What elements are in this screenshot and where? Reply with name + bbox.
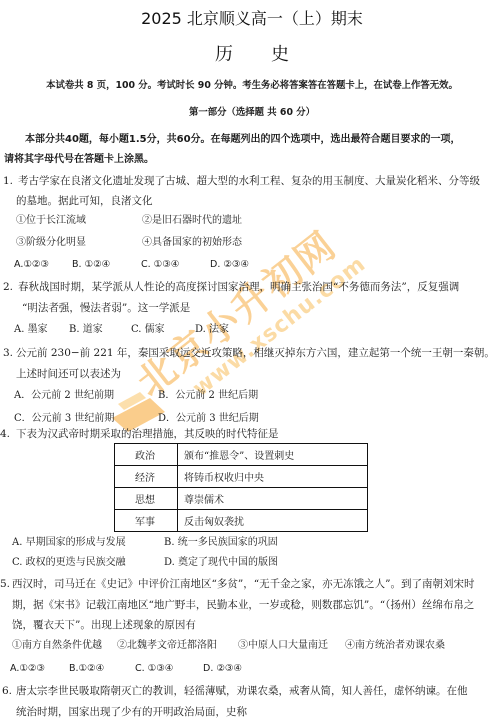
table-cell-measure: 将铸币权收归中央 <box>178 466 368 488</box>
table-row: 军事 反击匈奴袭扰 <box>115 510 368 532</box>
statement: ③中原人口大量南迁 <box>238 639 328 653</box>
question-number: 1. <box>3 174 13 188</box>
question-text: 考古学家在良渚文化遗址发现了古城、超大型的水利工程、复杂的用玉制度、大量炭化稻米… <box>18 174 480 188</box>
option-a[interactable]: A.①②③ <box>10 662 45 676</box>
statement: ④具备国家的初始形态 <box>142 236 242 250</box>
question-number: 5. <box>0 577 10 591</box>
question-text: 春秋战国时期，某学派从人性论的高度探讨国家治理，明确主张治国“不务德而务法”，反… <box>18 280 459 294</box>
option-d[interactable]: D. ②③④ <box>203 662 242 676</box>
option-c[interactable]: C. 政权的更迭与民族交融 <box>12 556 126 570</box>
section-title: 第一部分（选择题 共 60 分） <box>0 104 504 118</box>
table-cell-measure: 颁布“推恩令”、设置刺史 <box>178 444 368 466</box>
option-c[interactable]: C. ①③④ <box>135 662 173 676</box>
exam-title: 2025 北京顺义高一（上）期末 <box>0 6 504 29</box>
option-c[interactable]: C. 儒家 <box>131 323 165 337</box>
option-d[interactable]: D. 法家 <box>195 323 229 337</box>
exam-notice: 本试卷共 8 页，100 分。考试时长 90 分钟。考生务必将答案答在答题卡上，… <box>0 77 504 91</box>
statement: ②北魏孝文帝迁都洛阳 <box>117 639 217 653</box>
statement: ③阶级分化明显 <box>16 236 86 250</box>
question-number: 6. <box>2 684 12 698</box>
measures-table: 政治 颁布“推恩令”、设置刺史 经济 将铸币权收归中央 思想 尊崇儒术 军事 反… <box>114 443 368 532</box>
option-a[interactable]: A. 早期国家的形成与发展 <box>12 536 126 550</box>
table-cell-measure: 反击匈奴袭扰 <box>178 510 368 532</box>
option-d[interactable]: D. ②③④ <box>210 258 249 272</box>
table-cell-field: 思想 <box>115 488 178 510</box>
option-a[interactable]: A.①②③ <box>14 258 49 272</box>
section-instruction-2: 请将其字母代号在答题卡上涂黑。 <box>4 150 154 165</box>
option-c[interactable]: C．公元前 3 世纪前期 <box>14 412 114 426</box>
question-number: 3. <box>3 346 13 360</box>
option-b[interactable]: B.①②④ <box>69 662 104 676</box>
question-text: 期，据《宋书》记载江南地区“地广野丰，民勤本业，一岁或稔，则数郡忘饥”。“（扬州… <box>12 598 474 612</box>
table-cell-field: 经济 <box>115 466 178 488</box>
question-text: 西汉时，司马迁在《史记》中评价江南地区“多贫”，“无千金之家，亦无冻饿之人”。到… <box>12 577 474 591</box>
question-text: 的墓地。据此可知，良渚文化 <box>16 194 153 208</box>
statement: ②是旧石器时代的遗址 <box>142 214 242 228</box>
question-number: 4. <box>0 427 10 441</box>
question-text: 统治时期，国家出现了少有的开明政治局面，史称 <box>16 705 247 719</box>
option-d[interactable]: D．公元前 3 世纪后期 <box>158 412 259 426</box>
option-c[interactable]: C. ①③④ <box>141 258 179 272</box>
question-text: 下表为汉武帝时期采取的治理措施，其反映的时代特征是 <box>16 427 279 441</box>
table-row: 思想 尊崇儒术 <box>115 488 368 510</box>
question-number: 2. <box>3 280 13 294</box>
question-text: 公元前 230−前 221 年，秦国采取远交近攻策略，相继灭掉东方六国，建立起第… <box>16 346 495 360</box>
option-b[interactable]: B．公元前 2 世纪后期 <box>158 389 258 403</box>
question-text: 上述时间还可以表述为 <box>16 367 121 381</box>
option-a[interactable]: A. 墨家 <box>14 323 48 337</box>
option-b[interactable]: B. 统一多民族国家的巩固 <box>164 536 278 550</box>
statement: ①南方自然条件优越 <box>12 639 102 653</box>
section-instruction-1: 本部分共40题，每小题1.5分，共60分。在每题列出的四个选项中，选出最符合题目… <box>25 130 461 145</box>
question-text: 饶，覆衣天下”。出现上述现象的原因有 <box>12 618 196 632</box>
table-cell-measure: 尊崇儒术 <box>178 488 368 510</box>
question-text: 唐太宗李世民吸取隋朝灭亡的教训，轻徭薄赋，劝课农桑，戒奢从简，知人善任，虚怀纳谏… <box>16 684 468 698</box>
subject-right: 史 <box>271 40 289 66</box>
option-a[interactable]: A．公元前 2 世纪前期 <box>14 389 114 403</box>
option-d[interactable]: D. 奠定了现代中国的版图 <box>164 556 278 570</box>
table-cell-field: 政治 <box>115 444 178 466</box>
subject-title: 历史 <box>0 40 504 66</box>
question-text: “明法者强，慢法者弱”。这一学派是 <box>22 301 190 315</box>
option-b[interactable]: B. 道家 <box>69 323 103 337</box>
option-b[interactable]: B. ①②④ <box>72 258 110 272</box>
statement: ④南方统治者劝课农桑 <box>345 639 445 653</box>
statement: ①位于长江流域 <box>16 214 86 228</box>
table-row: 经济 将铸币权收归中央 <box>115 466 368 488</box>
table-cell-field: 军事 <box>115 510 178 532</box>
subject-left: 历 <box>215 40 233 66</box>
table-row: 政治 颁布“推恩令”、设置刺史 <box>115 444 368 466</box>
